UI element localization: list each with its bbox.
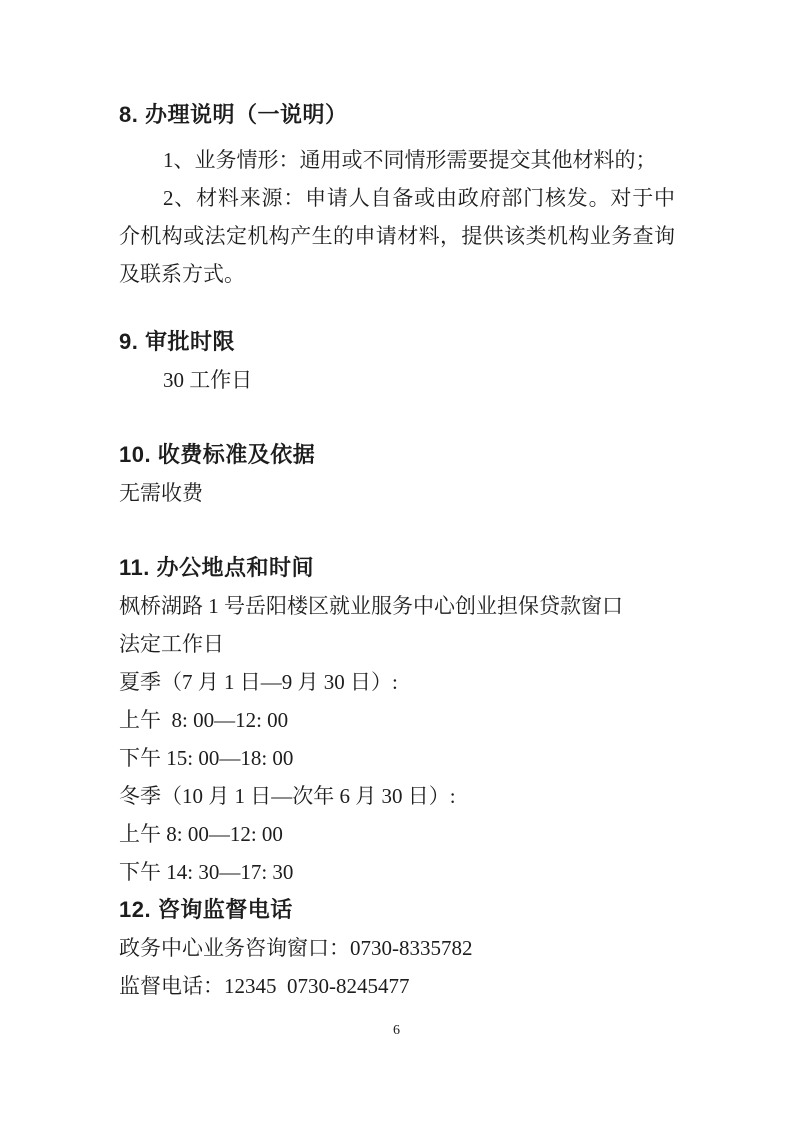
section-inquiry-supervision-phone: 12. 咨询监督电话 政务中心业务咨询窗口：0730-8335782 监督电话：… bbox=[119, 891, 675, 1005]
section-office-location-hours: 11. 办公地点和时间 枫桥湖路 1 号岳阳楼区就业服务中心创业担保贷款窗口 法… bbox=[119, 549, 675, 891]
section-processing-notes: 8. 办理说明（一说明） 1、业务情形：通用或不同情形需要提交其他材料的； 2、… bbox=[119, 96, 675, 293]
section-12-service-window-phone: 政务中心业务咨询窗口：0730-8335782 bbox=[119, 929, 675, 967]
section-8-heading: 8. 办理说明（一说明） bbox=[119, 96, 675, 134]
section-11-heading: 11. 办公地点和时间 bbox=[119, 549, 675, 587]
section-11-address-line: 枫桥湖路 1 号岳阳楼区就业服务中心创业担保贷款窗口 bbox=[119, 587, 675, 625]
section-11-summer-afternoon-hours: 下午 15: 00—18: 00 bbox=[119, 739, 675, 777]
section-12-supervision-phone: 监督电话：12345 0730-8245477 bbox=[119, 967, 675, 1005]
section-8-paragraph-1: 1、业务情形：通用或不同情形需要提交其他材料的； bbox=[119, 141, 675, 179]
section-fee-standard: 10. 收费标准及依据 无需收费 bbox=[119, 436, 675, 512]
section-11-workday-line: 法定工作日 bbox=[119, 625, 675, 663]
section-10-paragraph-1: 无需收费 bbox=[119, 474, 675, 512]
section-9-paragraph-1: 30 工作日 bbox=[119, 361, 675, 399]
section-11-summer-period-line: 夏季（7 月 1 日—9 月 30 日）: bbox=[119, 663, 675, 701]
document-page: 8. 办理说明（一说明） 1、业务情形：通用或不同情形需要提交其他材料的； 2、… bbox=[0, 0, 793, 1122]
page-number: 6 bbox=[0, 1022, 793, 1039]
section-11-winter-morning-hours: 上午 8: 00—12: 00 bbox=[119, 815, 675, 853]
section-8-paragraph-2: 2、材料来源：申请人自备或由政府部门核发。对于中介机构或法定机构产生的申请材料，… bbox=[119, 179, 675, 293]
section-12-heading: 12. 咨询监督电话 bbox=[119, 891, 675, 929]
section-9-heading: 9. 审批时限 bbox=[119, 323, 675, 361]
section-10-heading: 10. 收费标准及依据 bbox=[119, 436, 675, 474]
section-approval-time-limit: 9. 审批时限 30 工作日 bbox=[119, 323, 675, 399]
document-content: 8. 办理说明（一说明） 1、业务情形：通用或不同情形需要提交其他材料的； 2、… bbox=[119, 96, 675, 1005]
section-11-winter-period-line: 冬季（10 月 1 日—次年 6 月 30 日）: bbox=[119, 777, 675, 815]
section-11-winter-afternoon-hours: 下午 14: 30—17: 30 bbox=[119, 853, 675, 891]
section-11-summer-morning-hours: 上午 8: 00—12: 00 bbox=[119, 701, 675, 739]
